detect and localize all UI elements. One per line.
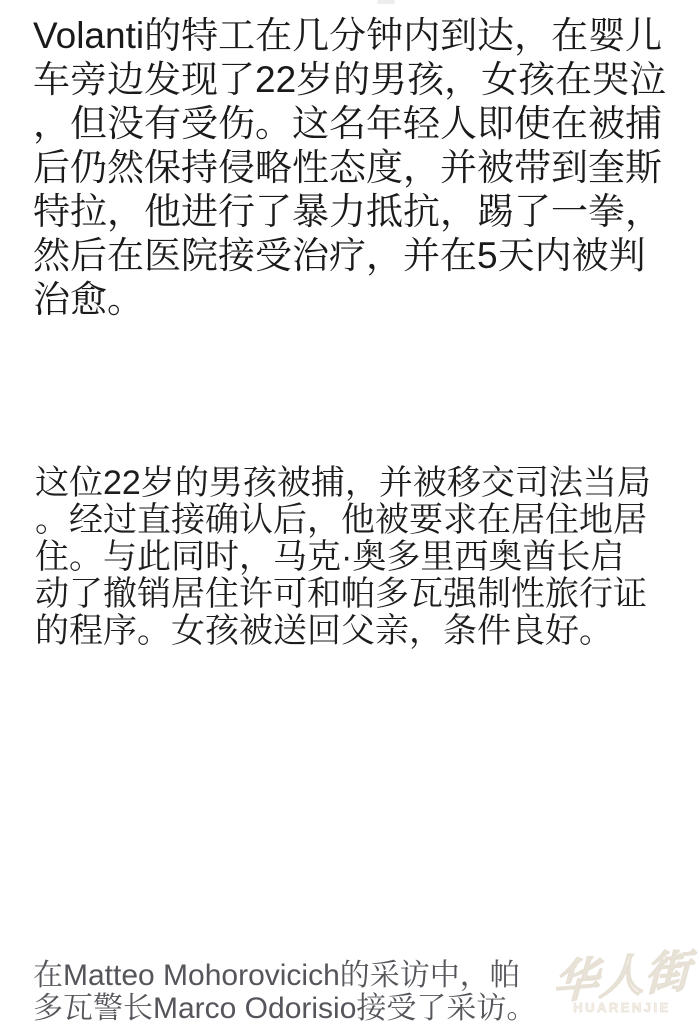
paragraph-arrest-scene: Volanti的特工在几分钟内到达，在婴儿 车旁边发现了22岁的男孩，女孩在哭泣… [33, 14, 666, 322]
paragraph-interview-credit: 在Matteo Mohorovicich的采访中，帕 多瓦警长Marco Odo… [33, 959, 536, 1025]
cropped-text-remnant [377, 0, 395, 4]
paragraph-judicial-outcome: 这位22岁的男孩被捕，并被移交司法当局 。经过直接确认后，他被要求在居住地居 住… [35, 465, 651, 650]
huarenjie-watermark: 华人街 HUARENJIE [546, 952, 698, 1015]
